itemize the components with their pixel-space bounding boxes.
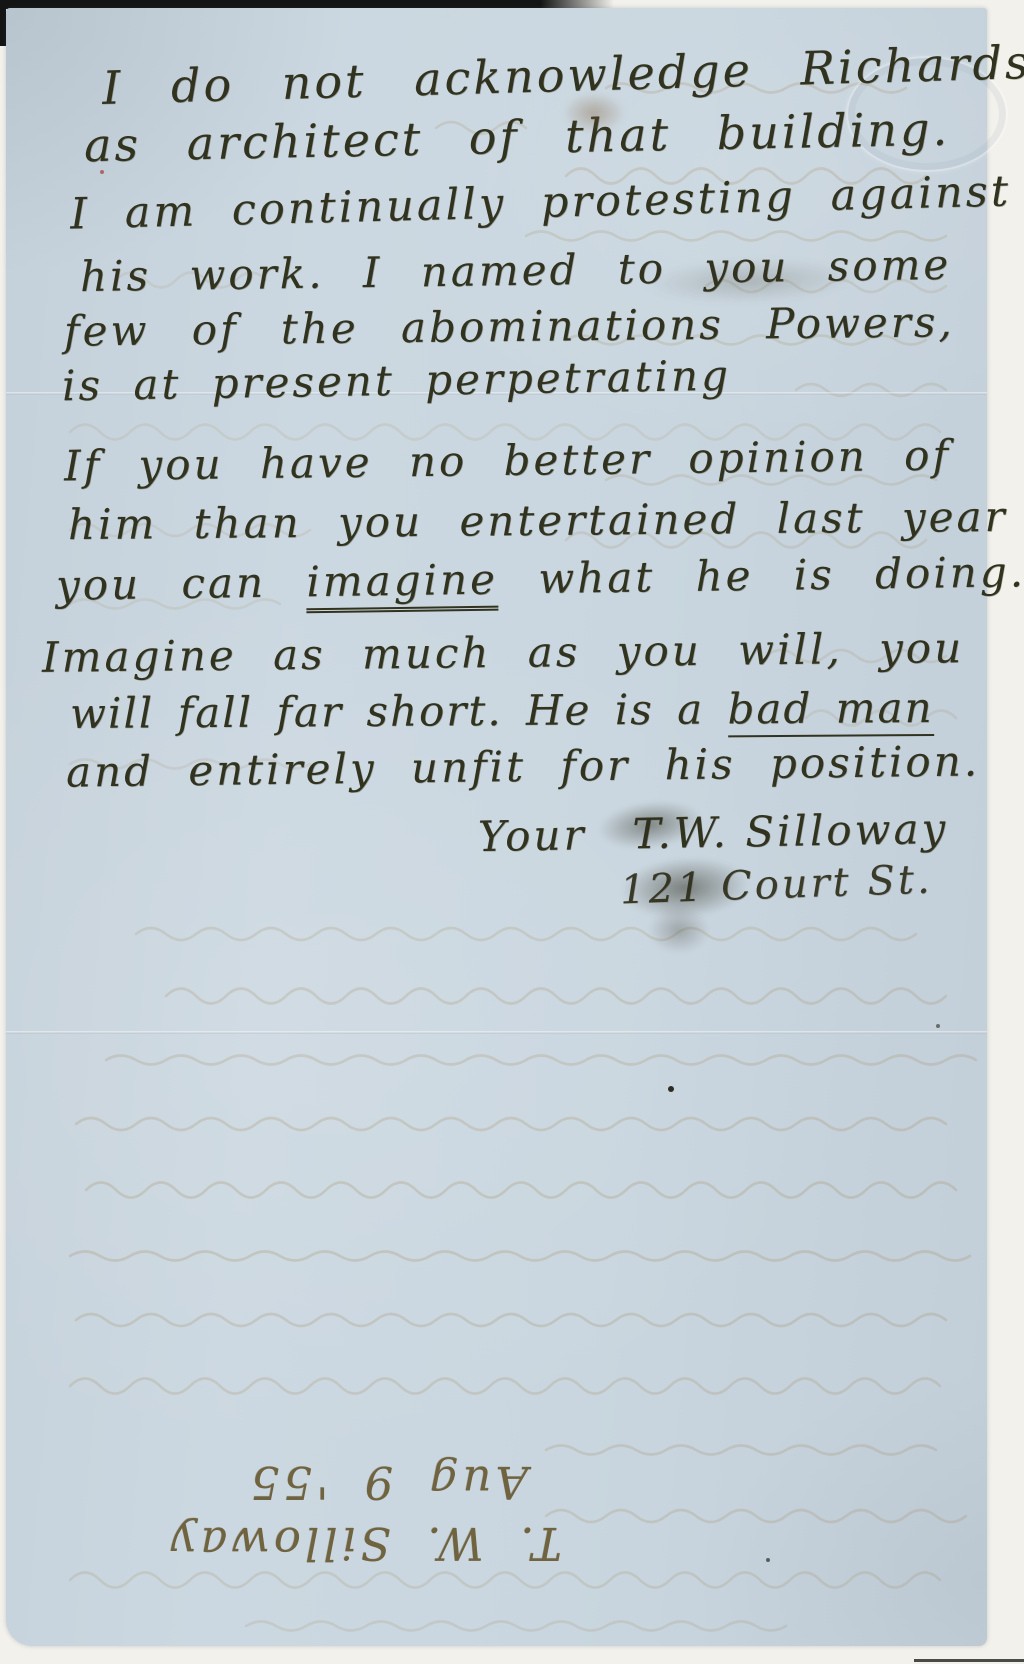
- ink-speck: [766, 1558, 770, 1562]
- letter-line: you can imagine what he is doing.: [56, 551, 1024, 607]
- letter-text-segment: Imagine as much as you will, you: [42, 623, 965, 682]
- letter-line: few of the abominations Powers,: [64, 301, 955, 352]
- letter-text-segment: will fall far short. He is a: [70, 684, 728, 738]
- letter-text-segment: few of the abominations Powers,: [64, 297, 955, 355]
- ink-speck: [668, 1086, 674, 1092]
- signature-line: YourT.W. Silloway: [478, 804, 949, 861]
- letter-line: If you have no better opinion of: [64, 435, 951, 488]
- letter-text-segment: I am continually protesting against: [70, 167, 1012, 240]
- docket-date: Aug 9 '55: [90, 1460, 528, 1505]
- letter-text-segment: what he is doing.: [498, 547, 1024, 603]
- docket-block: T. W. Silloway Aug 9 '55: [90, 1390, 562, 1566]
- letter-text-segment: him than you entertained last year: [68, 492, 1008, 549]
- letter-line: will fall far short. He is a bad man: [70, 687, 934, 735]
- letter-text-segment: and entirely unfit for his position.: [66, 736, 981, 796]
- scanner-edge-shadow-bottom: [914, 1659, 1024, 1662]
- ink-smudge: [562, 92, 626, 134]
- scanned-letter-page: { "page": { "kind": "handwritten letter …: [0, 0, 1024, 1664]
- letter-line: him than you entertained last year: [68, 496, 1008, 546]
- letter-text-segment: If you have no better opinion of: [64, 431, 952, 491]
- letter-line: I am continually protesting against: [70, 171, 1012, 237]
- letter-line: as architect of that building.: [84, 106, 951, 169]
- letter-text-segment: as architect of that building.: [84, 102, 951, 173]
- letter-text-segment: is at present perpetrating: [62, 351, 732, 411]
- signature-closing: Your: [478, 810, 587, 861]
- underlined-word: bad man: [727, 683, 933, 737]
- ink-smudge: [648, 906, 710, 954]
- letter-text-segment: you can: [56, 557, 307, 609]
- underlined-word: imagine: [306, 555, 498, 614]
- letter-line: is at present perpetrating: [62, 355, 731, 408]
- docket-name: T. W. Silloway: [90, 1521, 562, 1566]
- ink-speck: [100, 170, 104, 174]
- letter-paper: I do not acknowledge Richardsas architec…: [6, 8, 987, 1646]
- letter-line: and entirely unfit for his position.: [66, 740, 981, 793]
- fold-crease: [6, 1031, 987, 1034]
- ink-speck: [936, 1024, 940, 1028]
- letter-line: Imagine as much as you will, you: [42, 627, 965, 679]
